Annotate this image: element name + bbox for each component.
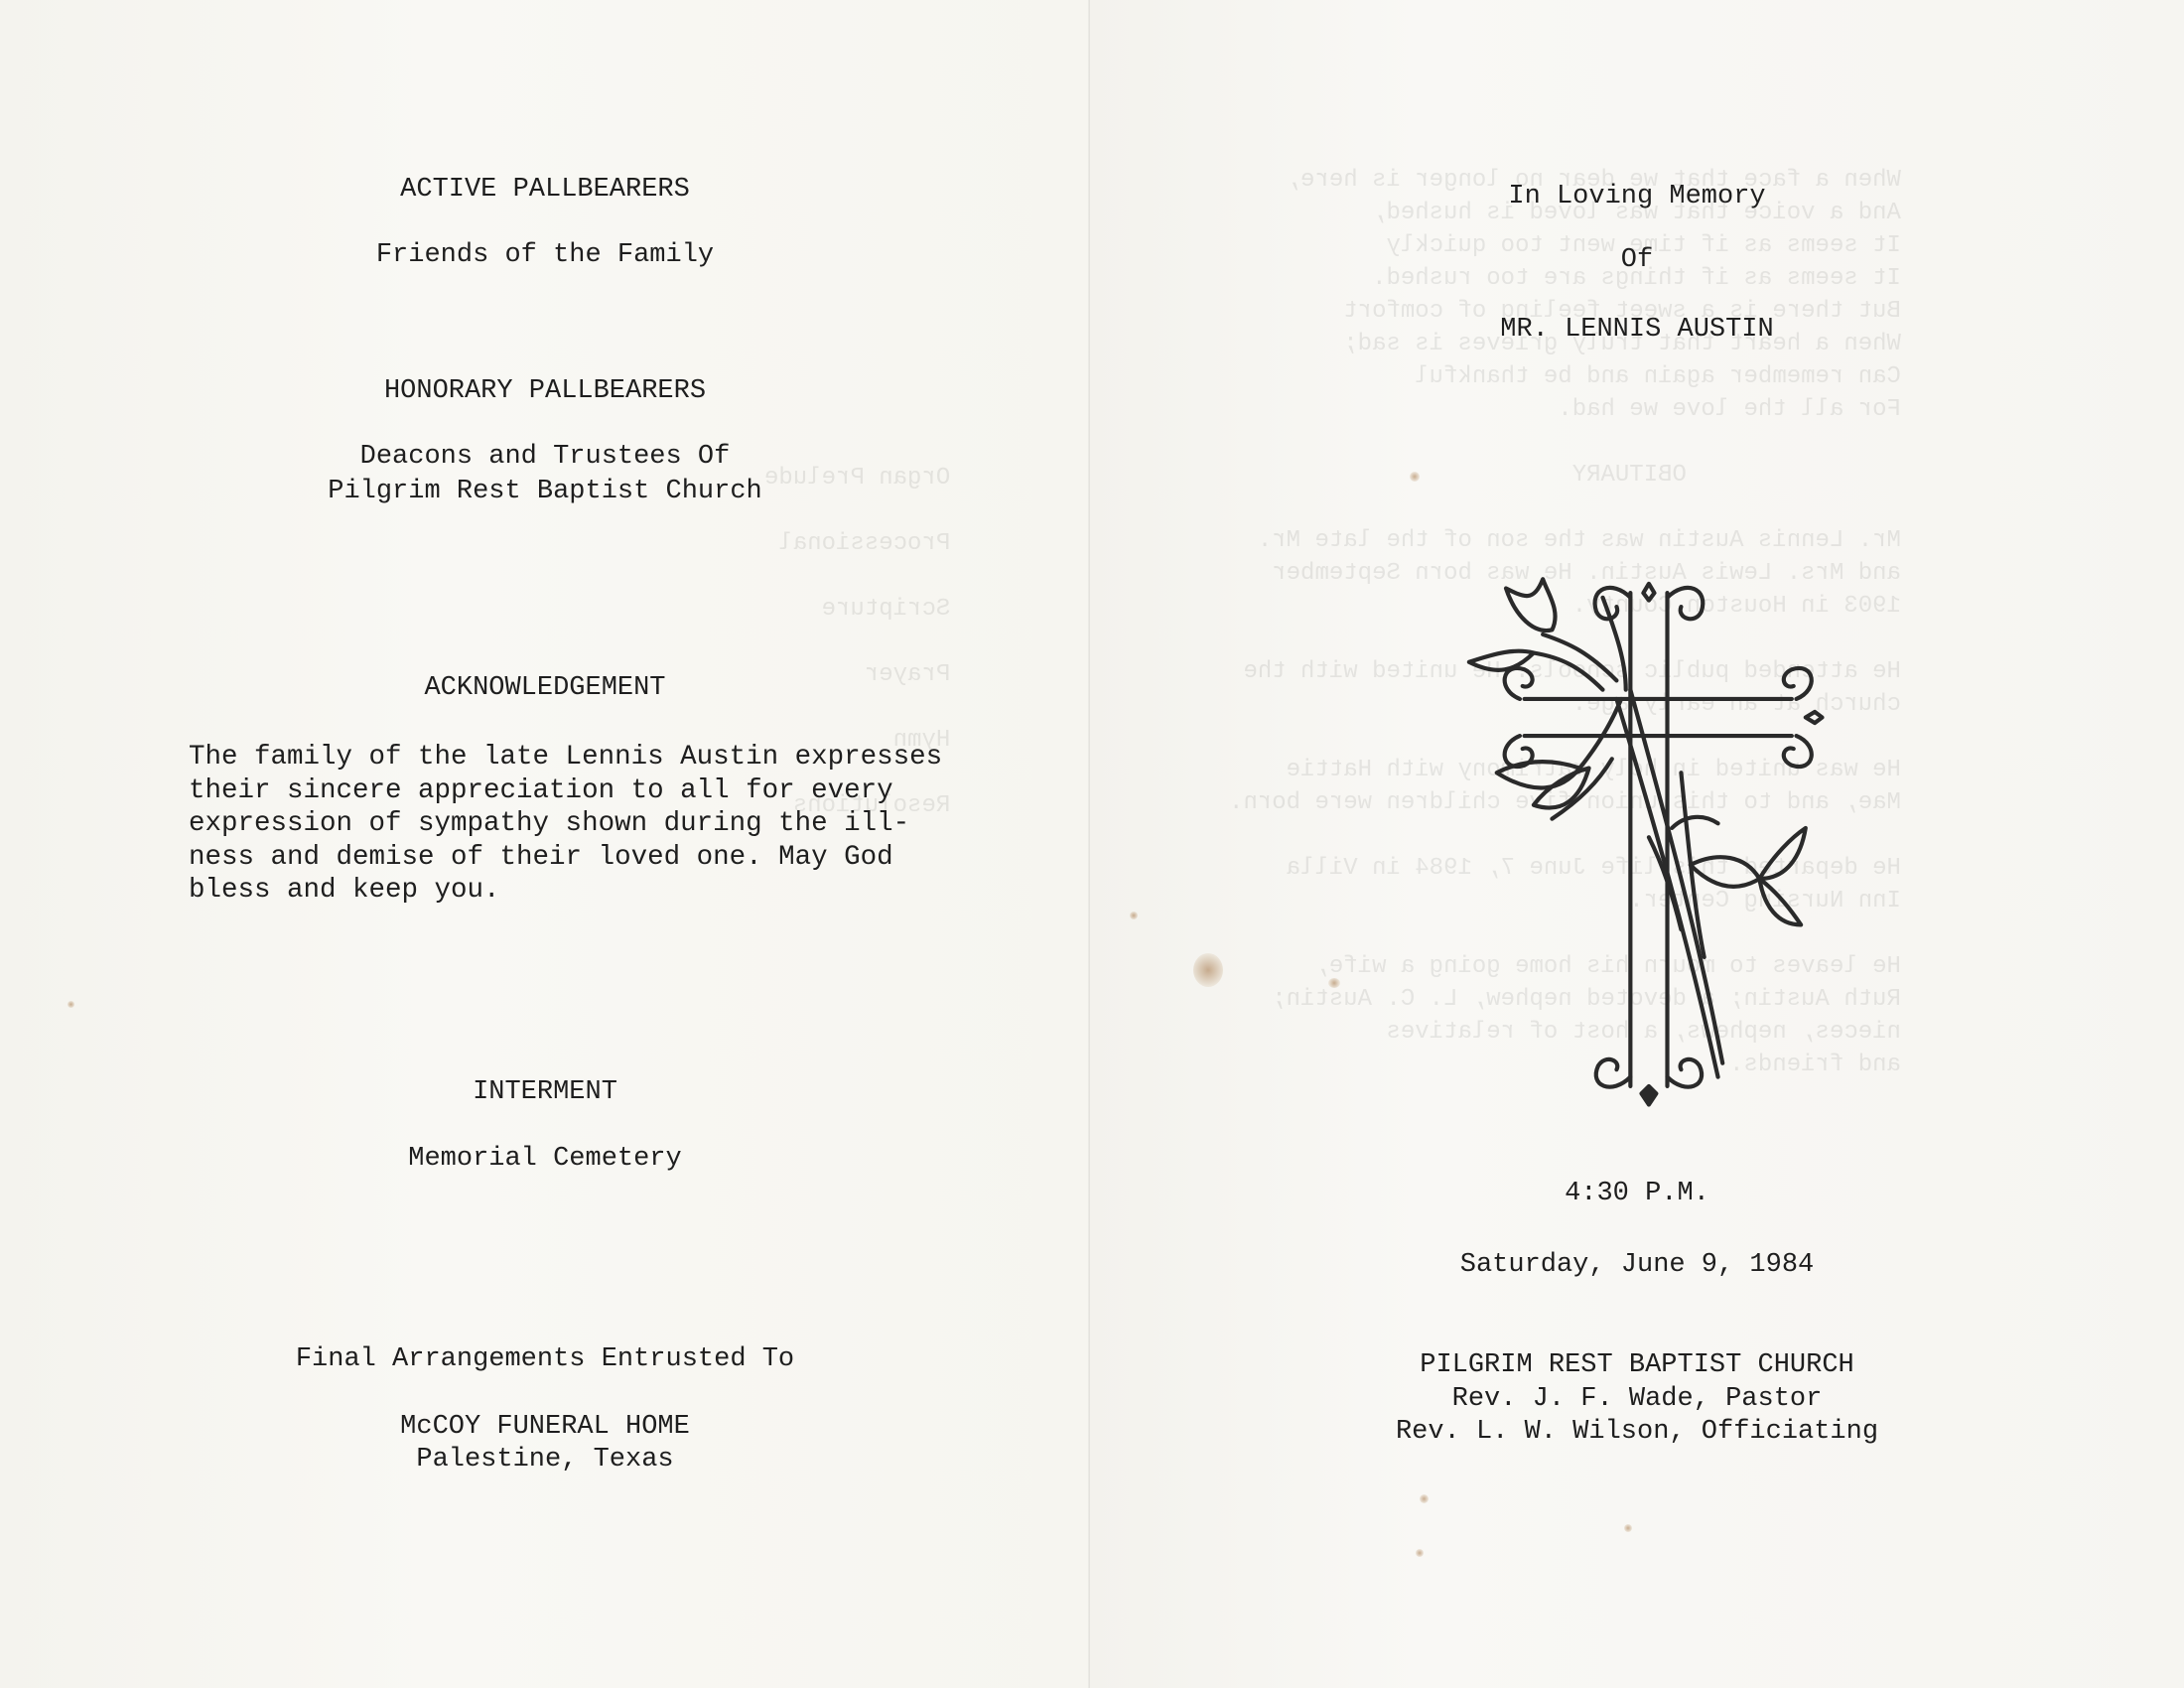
- stain: [1193, 953, 1223, 987]
- stain: [1328, 978, 1340, 988]
- honorary-pallbearers-heading: HONORARY PALLBEARERS: [0, 374, 1090, 408]
- church-name: PILGRIM REST BAPTIST CHURCH: [1090, 1348, 2184, 1382]
- active-pallbearers-value: Friends of the Family: [0, 238, 1090, 272]
- interment-value: Memorial Cemetery: [0, 1142, 1090, 1176]
- acknowledgement-paragraph: The family of the late Lennis Austin exp…: [189, 741, 963, 908]
- active-pallbearers-heading: ACTIVE PALLBEARERS: [0, 173, 1090, 207]
- pastor-line: Rev. J. F. Wade, Pastor: [1090, 1382, 2184, 1416]
- acknowledgement-line: their sincere appreciation to all for ev…: [189, 774, 963, 808]
- service-date: Saturday, June 9, 1984: [1090, 1248, 2184, 1282]
- funeral-home-name: McCOY FUNERAL HOME: [0, 1410, 1090, 1444]
- stain: [1410, 472, 1420, 482]
- acknowledgement-heading: ACKNOWLEDGEMENT: [0, 671, 1090, 705]
- left-page: Organ Prelude Processional Scripture Pra…: [0, 0, 1090, 1688]
- honorary-pallbearers-line: Deacons and Trustees Of: [0, 440, 1090, 474]
- stain: [1416, 1549, 1424, 1557]
- stain: [1130, 912, 1138, 919]
- stain: [1420, 1494, 1429, 1503]
- memorial-of: Of: [1090, 243, 2184, 277]
- acknowledgement-line: expression of sympathy shown during the …: [189, 807, 963, 841]
- officiating-line: Rev. L. W. Wilson, Officiating: [1090, 1415, 2184, 1449]
- ink-speck: [68, 1001, 74, 1008]
- cross-with-lilies-icon: [1441, 556, 1829, 1137]
- funeral-home-location: Palestine, Texas: [0, 1443, 1090, 1477]
- arrangements-heading: Final Arrangements Entrusted To: [0, 1342, 1090, 1376]
- memorial-title: In Loving Memory: [1090, 180, 2184, 213]
- acknowledgement-line: bless and keep you.: [189, 874, 963, 908]
- acknowledgement-line: ness and demise of their loved one. May …: [189, 841, 963, 875]
- honorary-pallbearers-line: Pilgrim Rest Baptist Church: [0, 475, 1090, 508]
- stain: [1624, 1524, 1632, 1532]
- deceased-name: MR. LENNIS AUSTIN: [1090, 313, 2184, 347]
- service-time: 4:30 P.M.: [1090, 1177, 2184, 1210]
- interment-heading: INTERMENT: [0, 1075, 1090, 1109]
- acknowledgement-line: The family of the late Lennis Austin exp…: [189, 741, 963, 774]
